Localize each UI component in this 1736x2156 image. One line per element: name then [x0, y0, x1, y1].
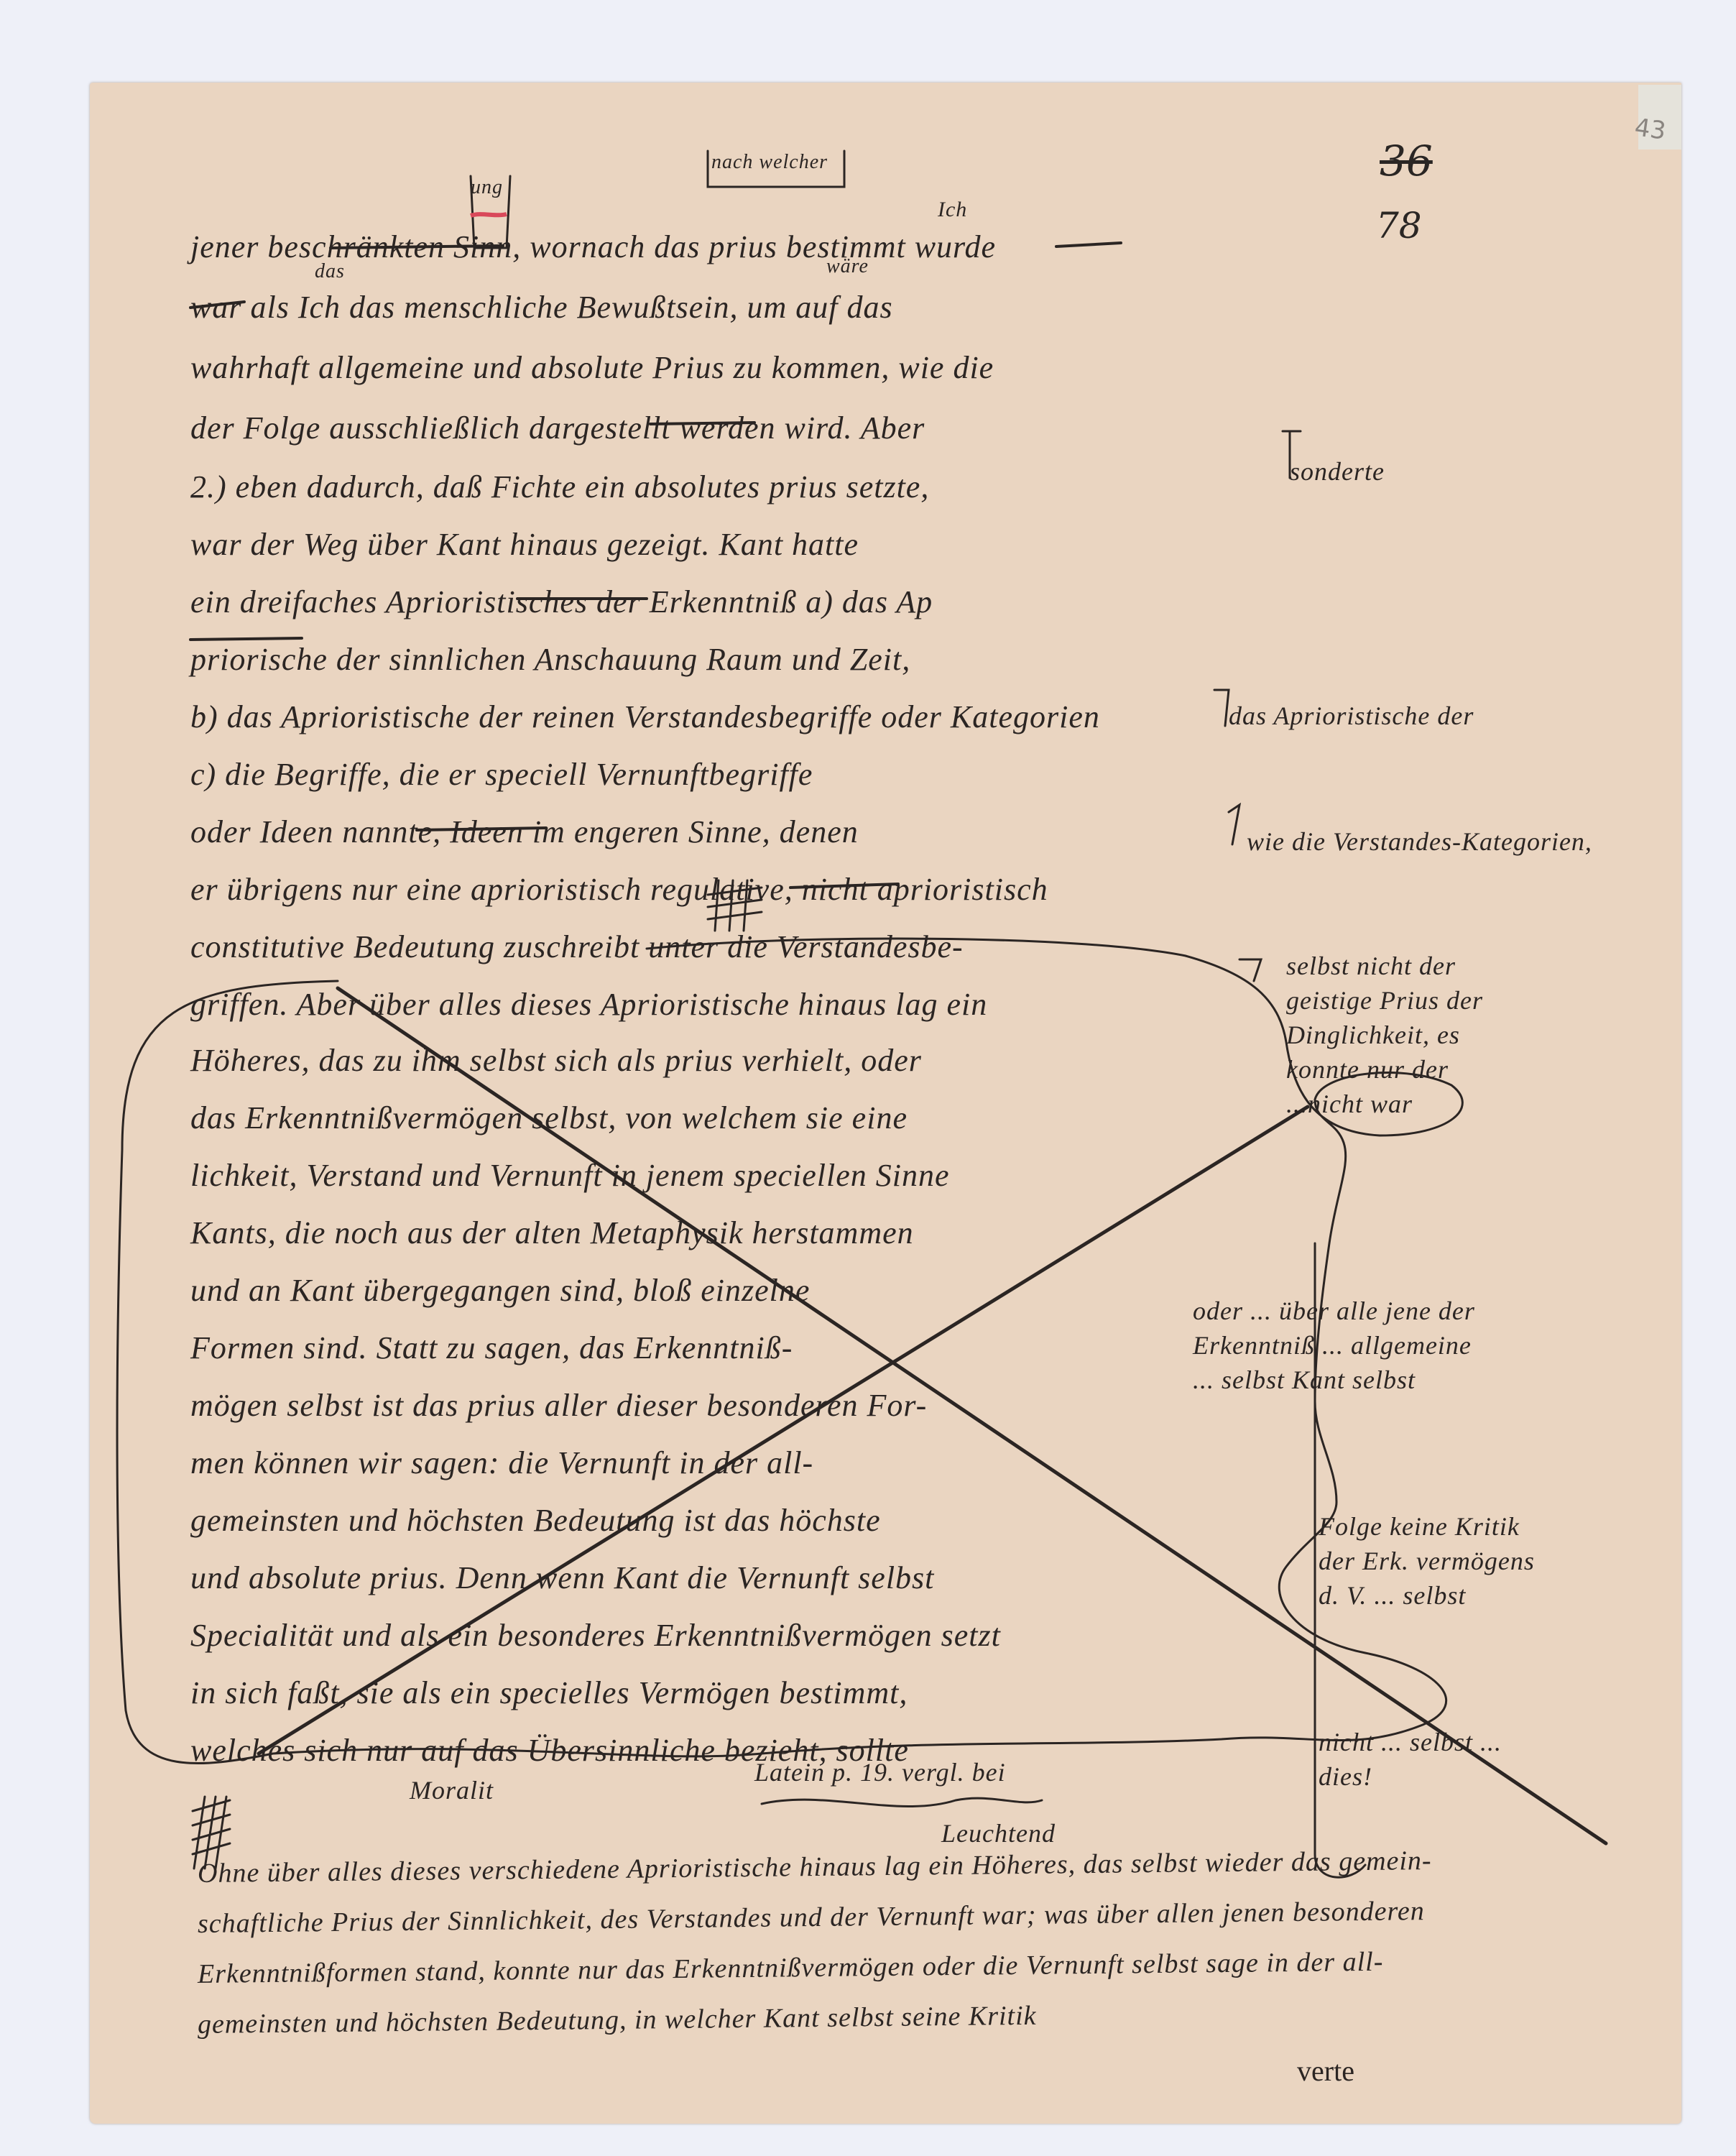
red-mark: [471, 214, 507, 216]
strike-through-x: [0, 0, 1736, 2156]
